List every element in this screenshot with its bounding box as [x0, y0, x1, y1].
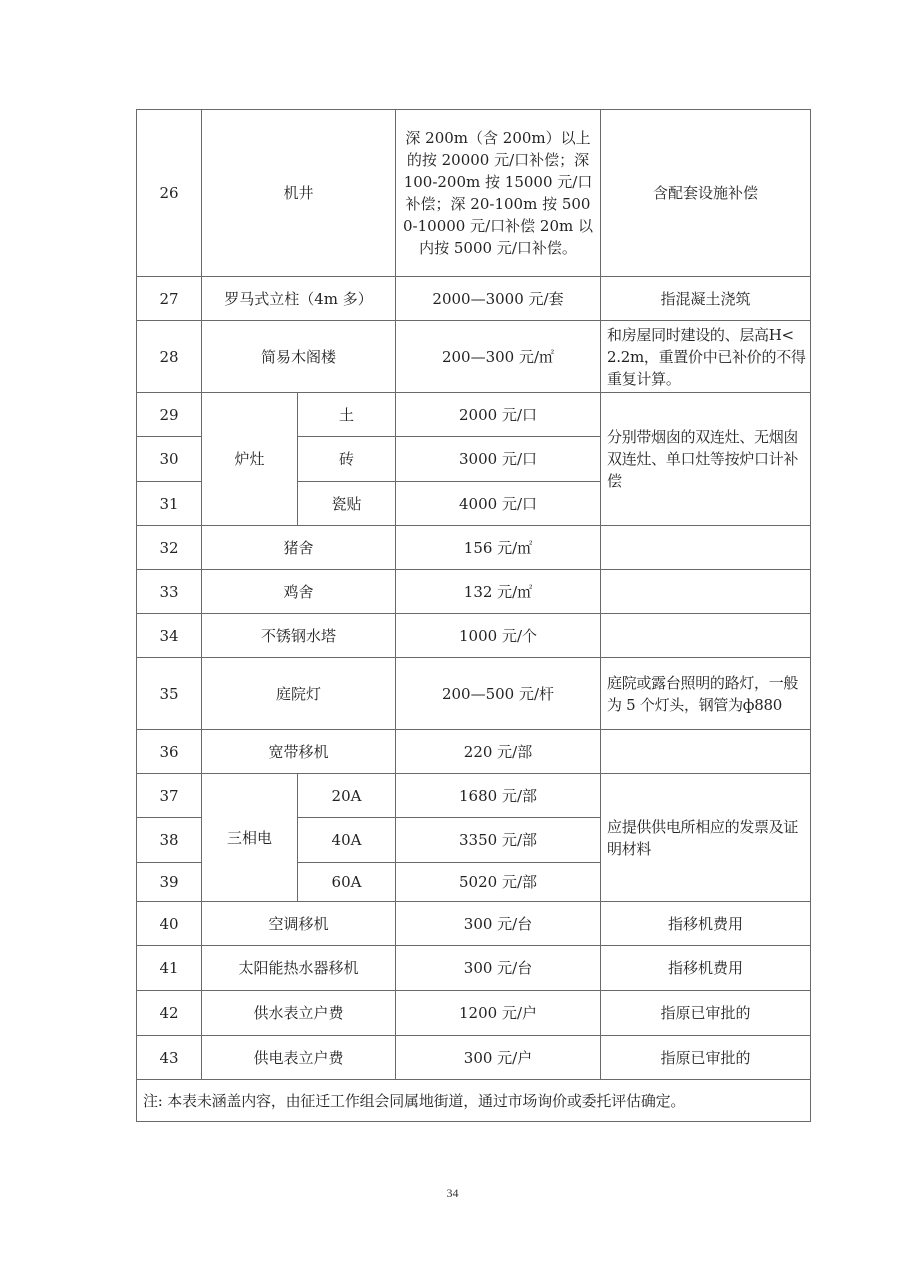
- price-standard: 4000 元/口: [396, 482, 601, 526]
- item-name: 供水表立户费: [202, 991, 396, 1036]
- price-standard: 3350 元/部: [396, 818, 601, 863]
- table-row: 35 庭院灯 200—500 元/杆 庭院或露台照明的路灯，一般为 5 个灯头，…: [137, 658, 811, 730]
- item-name: 太阳能热水器移机: [202, 946, 396, 991]
- price-standard: 300 元/台: [396, 946, 601, 991]
- row-number: 41: [137, 946, 202, 991]
- row-number: 31: [137, 482, 202, 526]
- price-standard: 1680 元/部: [396, 774, 601, 818]
- row-number: 33: [137, 570, 202, 614]
- row-number: 32: [137, 526, 202, 570]
- item-name: 鸡舍: [202, 570, 396, 614]
- item-name: 供电表立户费: [202, 1036, 396, 1080]
- row-number: 29: [137, 393, 202, 437]
- price-standard: 200—500 元/杆: [396, 658, 601, 730]
- row-number: 36: [137, 730, 202, 774]
- table-row: 41 太阳能热水器移机 300 元/台 指移机费用: [137, 946, 811, 991]
- table-row: 29 炉灶 土 2000 元/口 分别带烟囱的双连灶、无烟囱双连灶、单口灶等按炉…: [137, 393, 811, 437]
- price-standard: 5020 元/部: [396, 863, 601, 902]
- remark: 指原已审批的: [601, 991, 811, 1036]
- item-name: 空调移机: [202, 902, 396, 946]
- table-row: 37 三相电 20A 1680 元/部 应提供供电所相应的发票及证明材料: [137, 774, 811, 818]
- item-name: 机井: [202, 110, 396, 277]
- price-standard: 300 元/户: [396, 1036, 601, 1080]
- row-number: 39: [137, 863, 202, 902]
- table-note: 注: 本表未涵盖内容，由征迁工作组会同属地街道，通过市场询价或委托评估确定。: [137, 1080, 811, 1122]
- remark: 和房屋同时建设的、层高H<2.2m，重置价中已补价的不得重复计算。: [601, 321, 811, 393]
- row-number: 42: [137, 991, 202, 1036]
- row-number: 30: [137, 437, 202, 482]
- row-number: 26: [137, 110, 202, 277]
- price-standard: 3000 元/口: [396, 437, 601, 482]
- group-name-three-phase: 三相电: [202, 774, 298, 902]
- row-number: 28: [137, 321, 202, 393]
- item-name: 简易木阁楼: [202, 321, 396, 393]
- price-standard: 2000—3000 元/套: [396, 277, 601, 321]
- price-standard: 2000 元/口: [396, 393, 601, 437]
- price-standard: 1000 元/个: [396, 614, 601, 658]
- price-standard: 300 元/台: [396, 902, 601, 946]
- page-number: 34: [0, 1186, 905, 1201]
- remark: 指混凝土浇筑: [601, 277, 811, 321]
- price-standard: 1200 元/户: [396, 991, 601, 1036]
- row-number: 35: [137, 658, 202, 730]
- row-number: 40: [137, 902, 202, 946]
- remark: 庭院或露台照明的路灯，一般为 5 个灯头，钢管为ф880: [601, 658, 811, 730]
- table-row: 42 供水表立户费 1200 元/户 指原已审批的: [137, 991, 811, 1036]
- item-name: 猪舍: [202, 526, 396, 570]
- table-row: 36 宽带移机 220 元/部: [137, 730, 811, 774]
- table-note-row: 注: 本表未涵盖内容，由征迁工作组会同属地街道，通过市场询价或委托评估确定。: [137, 1080, 811, 1122]
- remark: [601, 570, 811, 614]
- item-name: 宽带移机: [202, 730, 396, 774]
- sub-type: 40A: [298, 818, 396, 863]
- price-standard: 132 元/㎡: [396, 570, 601, 614]
- remark: [601, 730, 811, 774]
- row-number: 34: [137, 614, 202, 658]
- table-row: 43 供电表立户费 300 元/户 指原已审批的: [137, 1036, 811, 1080]
- price-standard: 156 元/㎡: [396, 526, 601, 570]
- row-number: 43: [137, 1036, 202, 1080]
- sub-type: 20A: [298, 774, 396, 818]
- price-standard: 深 200m（含 200m）以上的按 20000 元/口补偿；深 100-200…: [396, 110, 601, 277]
- row-number: 37: [137, 774, 202, 818]
- sub-type: 瓷贴: [298, 482, 396, 526]
- row-number: 27: [137, 277, 202, 321]
- sub-type: 60A: [298, 863, 396, 902]
- group-remark-stove: 分别带烟囱的双连灶、无烟囱双连灶、单口灶等按炉口计补偿: [601, 393, 811, 526]
- table-row: 34 不锈钢水塔 1000 元/个: [137, 614, 811, 658]
- item-name: 罗马式立柱（4m 多）: [202, 277, 396, 321]
- sub-type: 砖: [298, 437, 396, 482]
- table-row: 28 简易木阁楼 200—300 元/㎡ 和房屋同时建设的、层高H<2.2m，重…: [137, 321, 811, 393]
- price-standard: 220 元/部: [396, 730, 601, 774]
- sub-type: 土: [298, 393, 396, 437]
- table-row: 27 罗马式立柱（4m 多） 2000—3000 元/套 指混凝土浇筑: [137, 277, 811, 321]
- remark: 指移机费用: [601, 902, 811, 946]
- table-row: 26 机井 深 200m（含 200m）以上的按 20000 元/口补偿；深 1…: [137, 110, 811, 277]
- compensation-table: 26 机井 深 200m（含 200m）以上的按 20000 元/口补偿；深 1…: [136, 109, 811, 1122]
- group-name-stove: 炉灶: [202, 393, 298, 526]
- remark: 含配套设施补偿: [601, 110, 811, 277]
- table-row: 32 猪舍 156 元/㎡: [137, 526, 811, 570]
- table-row: 40 空调移机 300 元/台 指移机费用: [137, 902, 811, 946]
- row-number: 38: [137, 818, 202, 863]
- remark: [601, 526, 811, 570]
- group-remark-three-phase: 应提供供电所相应的发票及证明材料: [601, 774, 811, 902]
- remark: 指移机费用: [601, 946, 811, 991]
- item-name: 不锈钢水塔: [202, 614, 396, 658]
- table-row: 33 鸡舍 132 元/㎡: [137, 570, 811, 614]
- remark: 指原已审批的: [601, 1036, 811, 1080]
- price-standard: 200—300 元/㎡: [396, 321, 601, 393]
- item-name: 庭院灯: [202, 658, 396, 730]
- document-page: 26 机井 深 200m（含 200m）以上的按 20000 元/口补偿；深 1…: [0, 0, 905, 1280]
- remark: [601, 614, 811, 658]
